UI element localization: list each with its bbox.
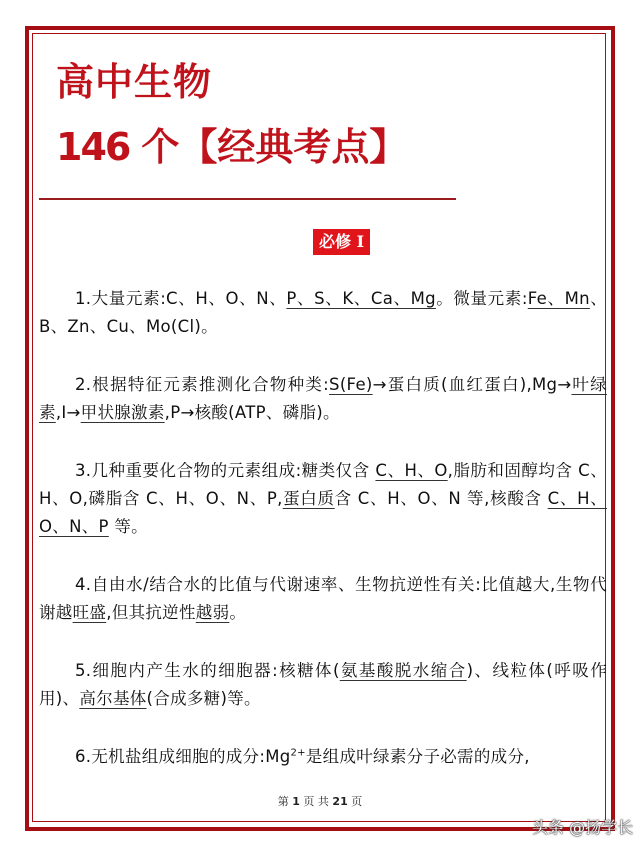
underlined-keyword: 越弱 (196, 603, 230, 622)
title-line-2: 146个【经典考点】 (56, 123, 407, 171)
knowledge-item: 2.根据特征元素推测化合物种类:S(Fe)→蛋白质(血红蛋白),Mg→叶绿素,I… (39, 371, 607, 427)
underlined-keyword: Fe、Mn (528, 289, 590, 308)
item-text: 等。 (109, 517, 148, 536)
title-count: 146 (56, 125, 129, 169)
item-text: ,I→ (56, 403, 81, 422)
knowledge-item: 3.几种重要化合物的元素组成:糖类仅含 C、H、O,脂肪和固醇均含 C、H、O,… (39, 457, 607, 541)
underlined-keyword: 高尔基体 (79, 689, 146, 708)
item-text: (合成多糖)等。 (147, 689, 261, 708)
item-text: 2.根据特征元素推测化合物种类: (75, 375, 329, 394)
knowledge-item: 1.大量元素:C、H、O、N、P、S、K、Ca、Mg。微量元素:Fe、Mn、B、… (39, 285, 607, 341)
underlined-keyword: 甲状腺激素 (81, 403, 165, 422)
title-divider (39, 198, 456, 200)
underlined-keyword: 蛋白质 (283, 489, 335, 508)
item-text: 1.大量元素:C、H、O、N、 (75, 289, 286, 308)
knowledge-item: 4.自由水/结合水的比值与代谢速率、生物抗逆性有关:比值越大,生物代谢越旺盛,但… (39, 571, 607, 627)
item-text: ,P→核酸(ATP、磷脂)。 (165, 403, 340, 422)
title-unit: 个 (141, 125, 179, 169)
item-text: 6.无机盐组成细胞的成分:Mg (75, 747, 291, 766)
item-text: 3.几种重要化合物的元素组成:糖类仅含 (75, 461, 375, 480)
item-text: →蛋白质(血红蛋白),Mg→ (373, 375, 572, 394)
page-number-footer: 第 1 页 共 21 页 (0, 793, 640, 809)
underlined-keyword: S(Fe) (329, 375, 373, 394)
item-text: 含 C、H、O、N 等,核酸含 (335, 489, 548, 508)
footer-mid: 页 共 (303, 795, 329, 808)
item-text: 5.细胞内产生水的细胞器:核糖体( (75, 661, 340, 680)
item-text: 。 (229, 603, 246, 622)
content-body: 1.大量元素:C、H、O、N、P、S、K、Ca、Mg。微量元素:Fe、Mn、B、… (39, 285, 607, 801)
underlined-keyword: 旺盛 (73, 603, 107, 622)
item-text: 是组成叶绿素分子必需的成分, (306, 747, 530, 766)
watermark: 头条 @扬学长 (532, 815, 633, 838)
footer-suffix: 页 (351, 795, 362, 808)
section-badge: 必修 I (313, 229, 370, 255)
knowledge-item: 5.细胞内产生水的细胞器:核糖体(氨基酸脱水缩合)、线粒体(呼吸作用)、高尔基体… (39, 657, 607, 713)
current-page: 1 (292, 795, 300, 808)
underlined-keyword: P、S、K、Ca、Mg (286, 289, 436, 308)
knowledge-item: 6.无机盐组成细胞的成分:Mg2+是组成叶绿素分子必需的成分, (39, 743, 607, 771)
title-bracket-text: 【经典考点】 (179, 125, 407, 169)
title-line-1: 高中生物 (56, 58, 212, 106)
item-text: 。微量元素: (436, 289, 528, 308)
underlined-keyword: C、H、O (375, 461, 447, 480)
superscript: 2+ (291, 748, 306, 759)
footer-prefix: 第 (278, 795, 289, 808)
total-pages: 21 (332, 795, 347, 808)
item-text: ,但其抗逆性 (106, 603, 196, 622)
underlined-keyword: 氨基酸脱水缩合 (340, 661, 467, 680)
